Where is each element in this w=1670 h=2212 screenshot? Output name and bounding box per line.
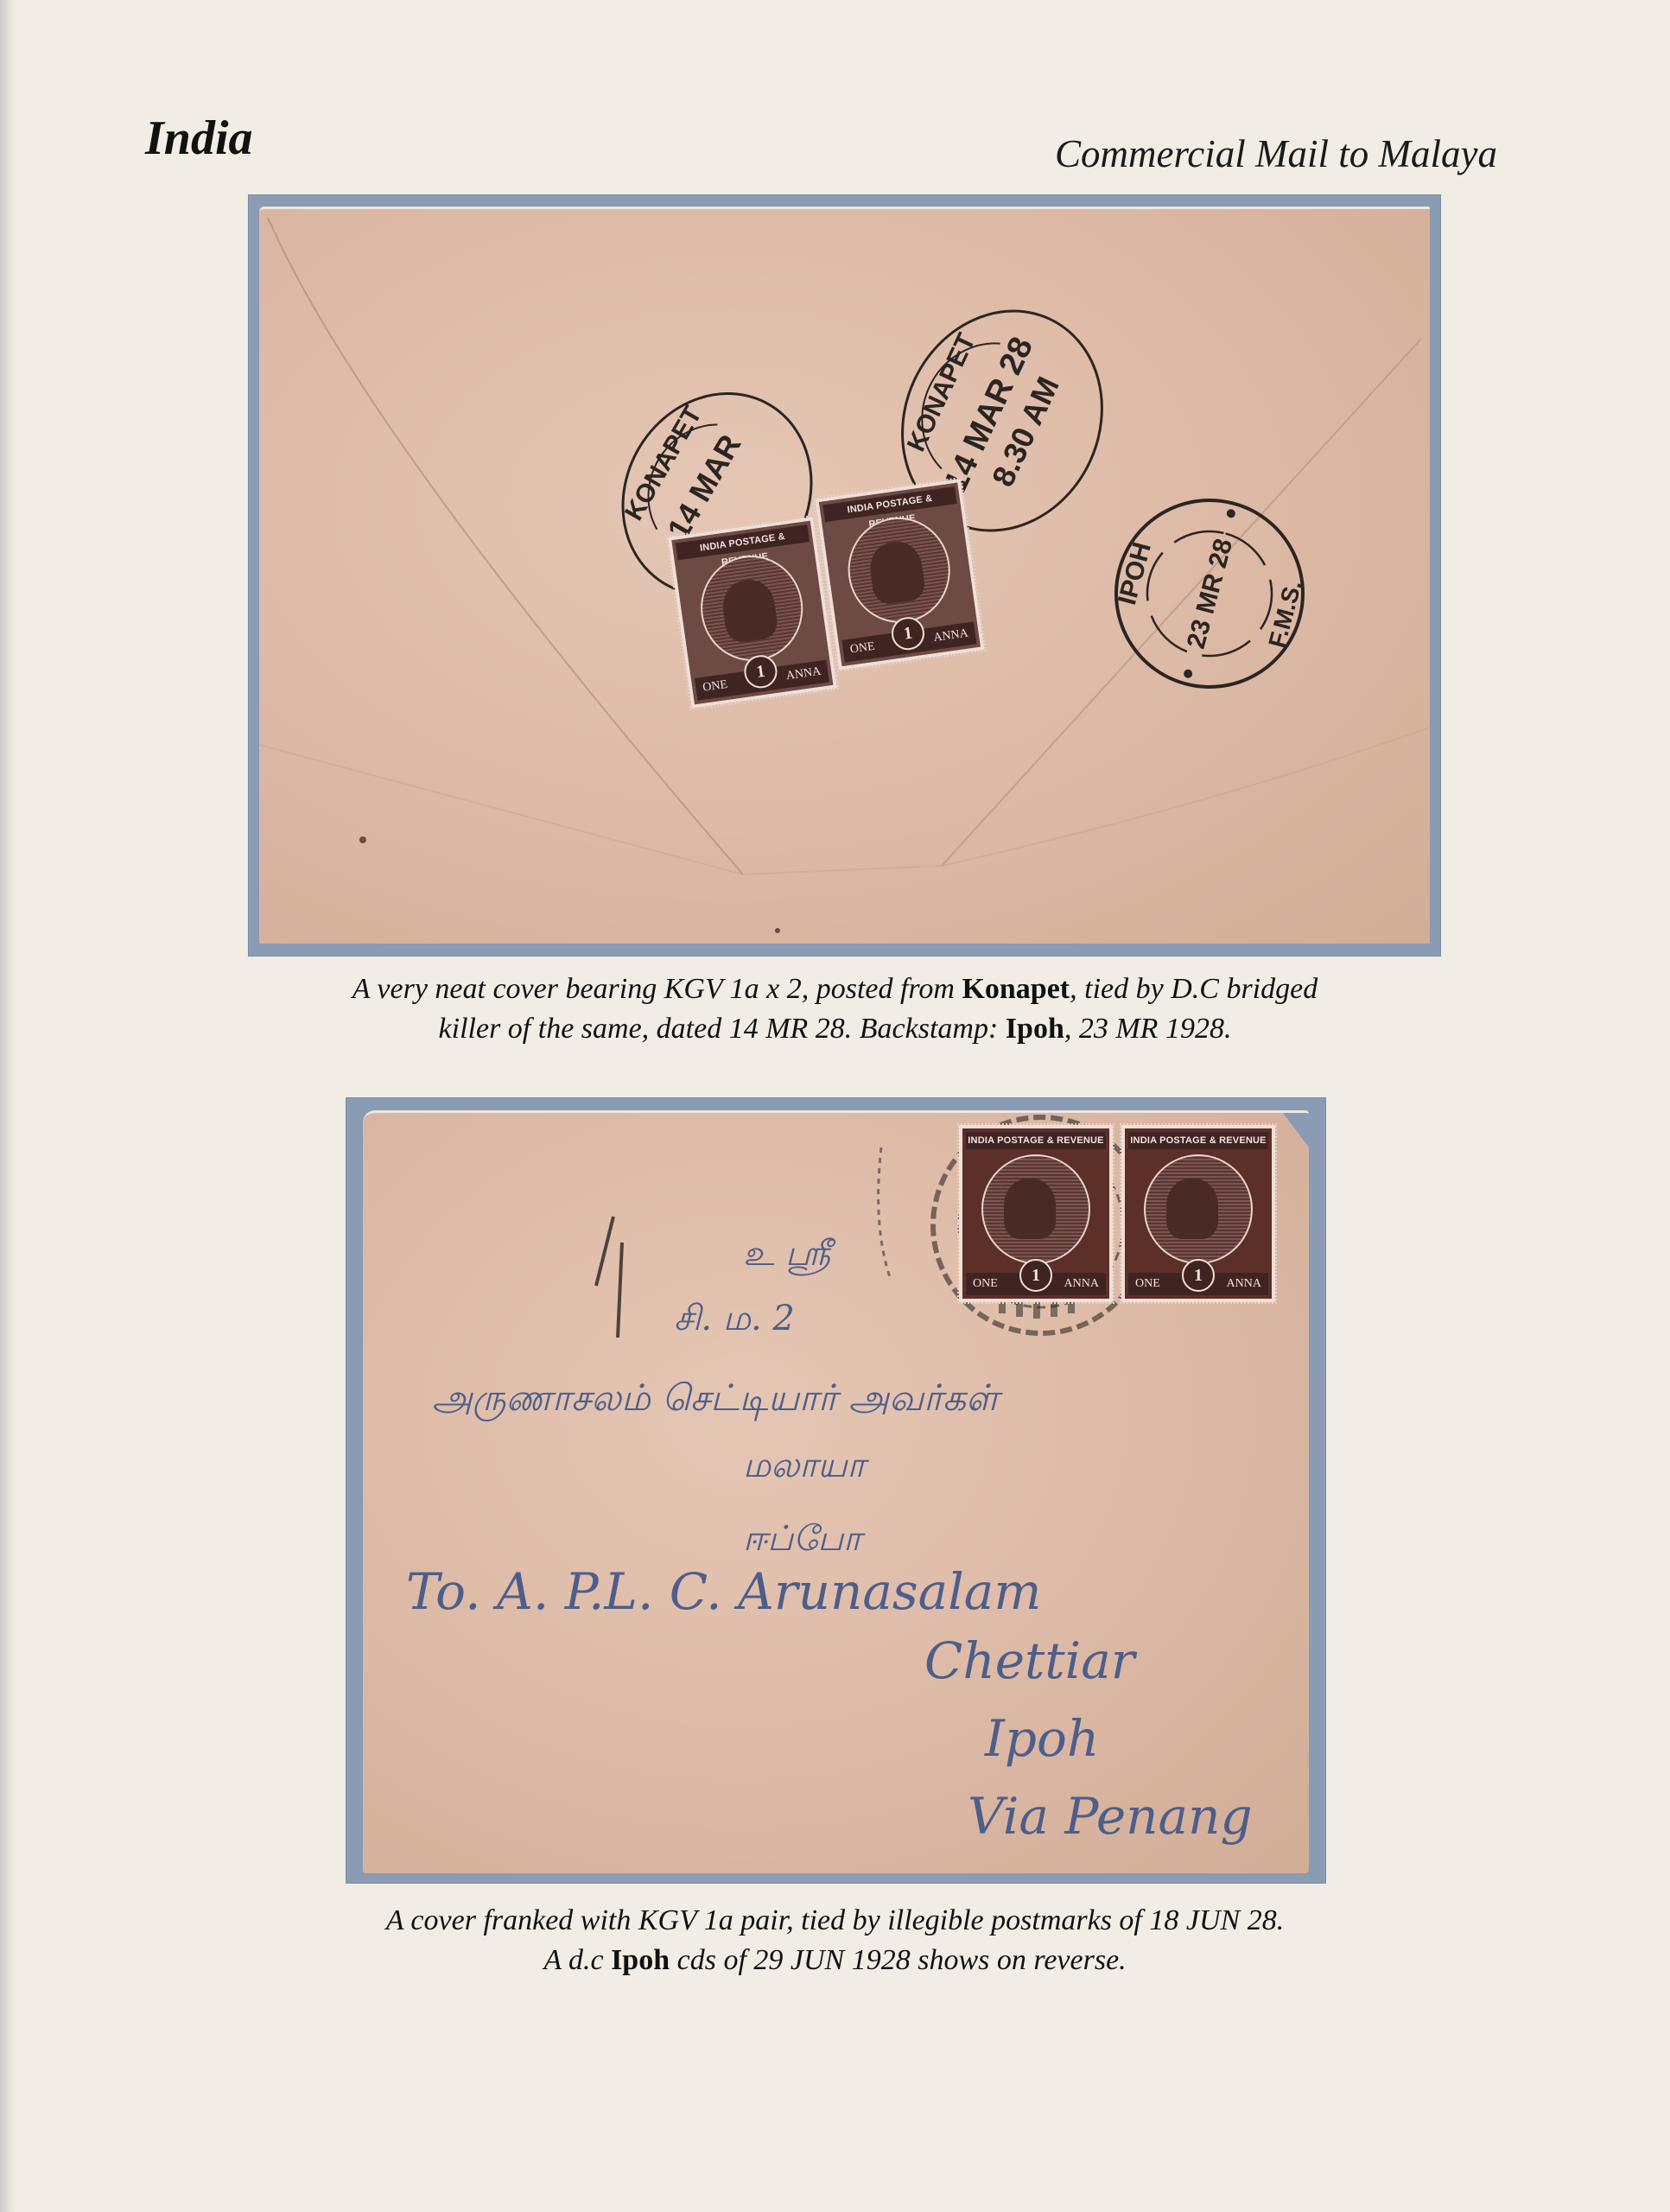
handwritten-tamil-line: அருணாசலம் செட்டியார் அவர்கள்	[432, 1376, 999, 1424]
stamp-kgv-1-anna: INDIA POSTAGE & REVENUE ONE ANNA 1	[959, 1125, 1113, 1302]
cover-1-caption: A very neat cover bearing KGV 1a x 2, po…	[0, 969, 1670, 1049]
page-subtitle: Commercial Mail to Malaya	[1055, 131, 1497, 176]
handwritten-tamil-line: ஈப்போ	[743, 1519, 861, 1563]
cover-2-caption: A cover franked with KGV 1a pair, tied b…	[0, 1901, 1670, 1980]
ink-smudge	[596, 1217, 622, 1338]
handwritten-address-line: To. A. P.L. C. Arunasalam	[406, 1562, 1041, 1621]
cover-1-envelope-reverse: KONAPET 14 MAR KONAPET 14 MAR 28 8.30 AM…	[259, 207, 1430, 944]
handwritten-address-line: Ipoh	[985, 1709, 1099, 1768]
stamp-kgv-1-anna: INDIA POSTAGE & REVENUE ONE ANNA 1	[1121, 1125, 1275, 1302]
svg-text:23 MR 28: 23 MR 28	[1182, 536, 1239, 652]
stamp-kgv-1-anna: INDIA POSTAGE & REVENUE ONE ANNA 1	[815, 479, 984, 671]
cover-2-envelope-front: INDIA POSTAGE & REVENUE ONE ANNA 1 INDIA…	[363, 1110, 1309, 1873]
page-title: India	[145, 111, 253, 166]
king-portrait-icon	[1004, 1179, 1056, 1239]
handwritten-tamil-line: உ ஸ்ரீ	[743, 1234, 830, 1278]
cover-2-mat: INDIA POSTAGE & REVENUE ONE ANNA 1 INDIA…	[346, 1097, 1326, 1884]
stamp-kgv-1-anna: INDIA POSTAGE & REVENUE ONE ANNA 1	[668, 517, 837, 709]
king-portrait-icon	[1166, 1179, 1218, 1239]
page-edge	[0, 0, 16, 2212]
handwritten-tamil-line: சி. ம. 2	[674, 1299, 795, 1343]
handwritten-address-line: Via Penang	[968, 1787, 1253, 1846]
postmark-ipoh: IPOH F.M.S. 23 MR 28	[1095, 480, 1324, 709]
handwritten-address-line: Chettiar	[924, 1631, 1135, 1690]
handwritten-tamil-line: மலாயா	[743, 1446, 865, 1490]
cover-1-mat: KONAPET 14 MAR KONAPET 14 MAR 28 8.30 AM…	[248, 194, 1441, 957]
